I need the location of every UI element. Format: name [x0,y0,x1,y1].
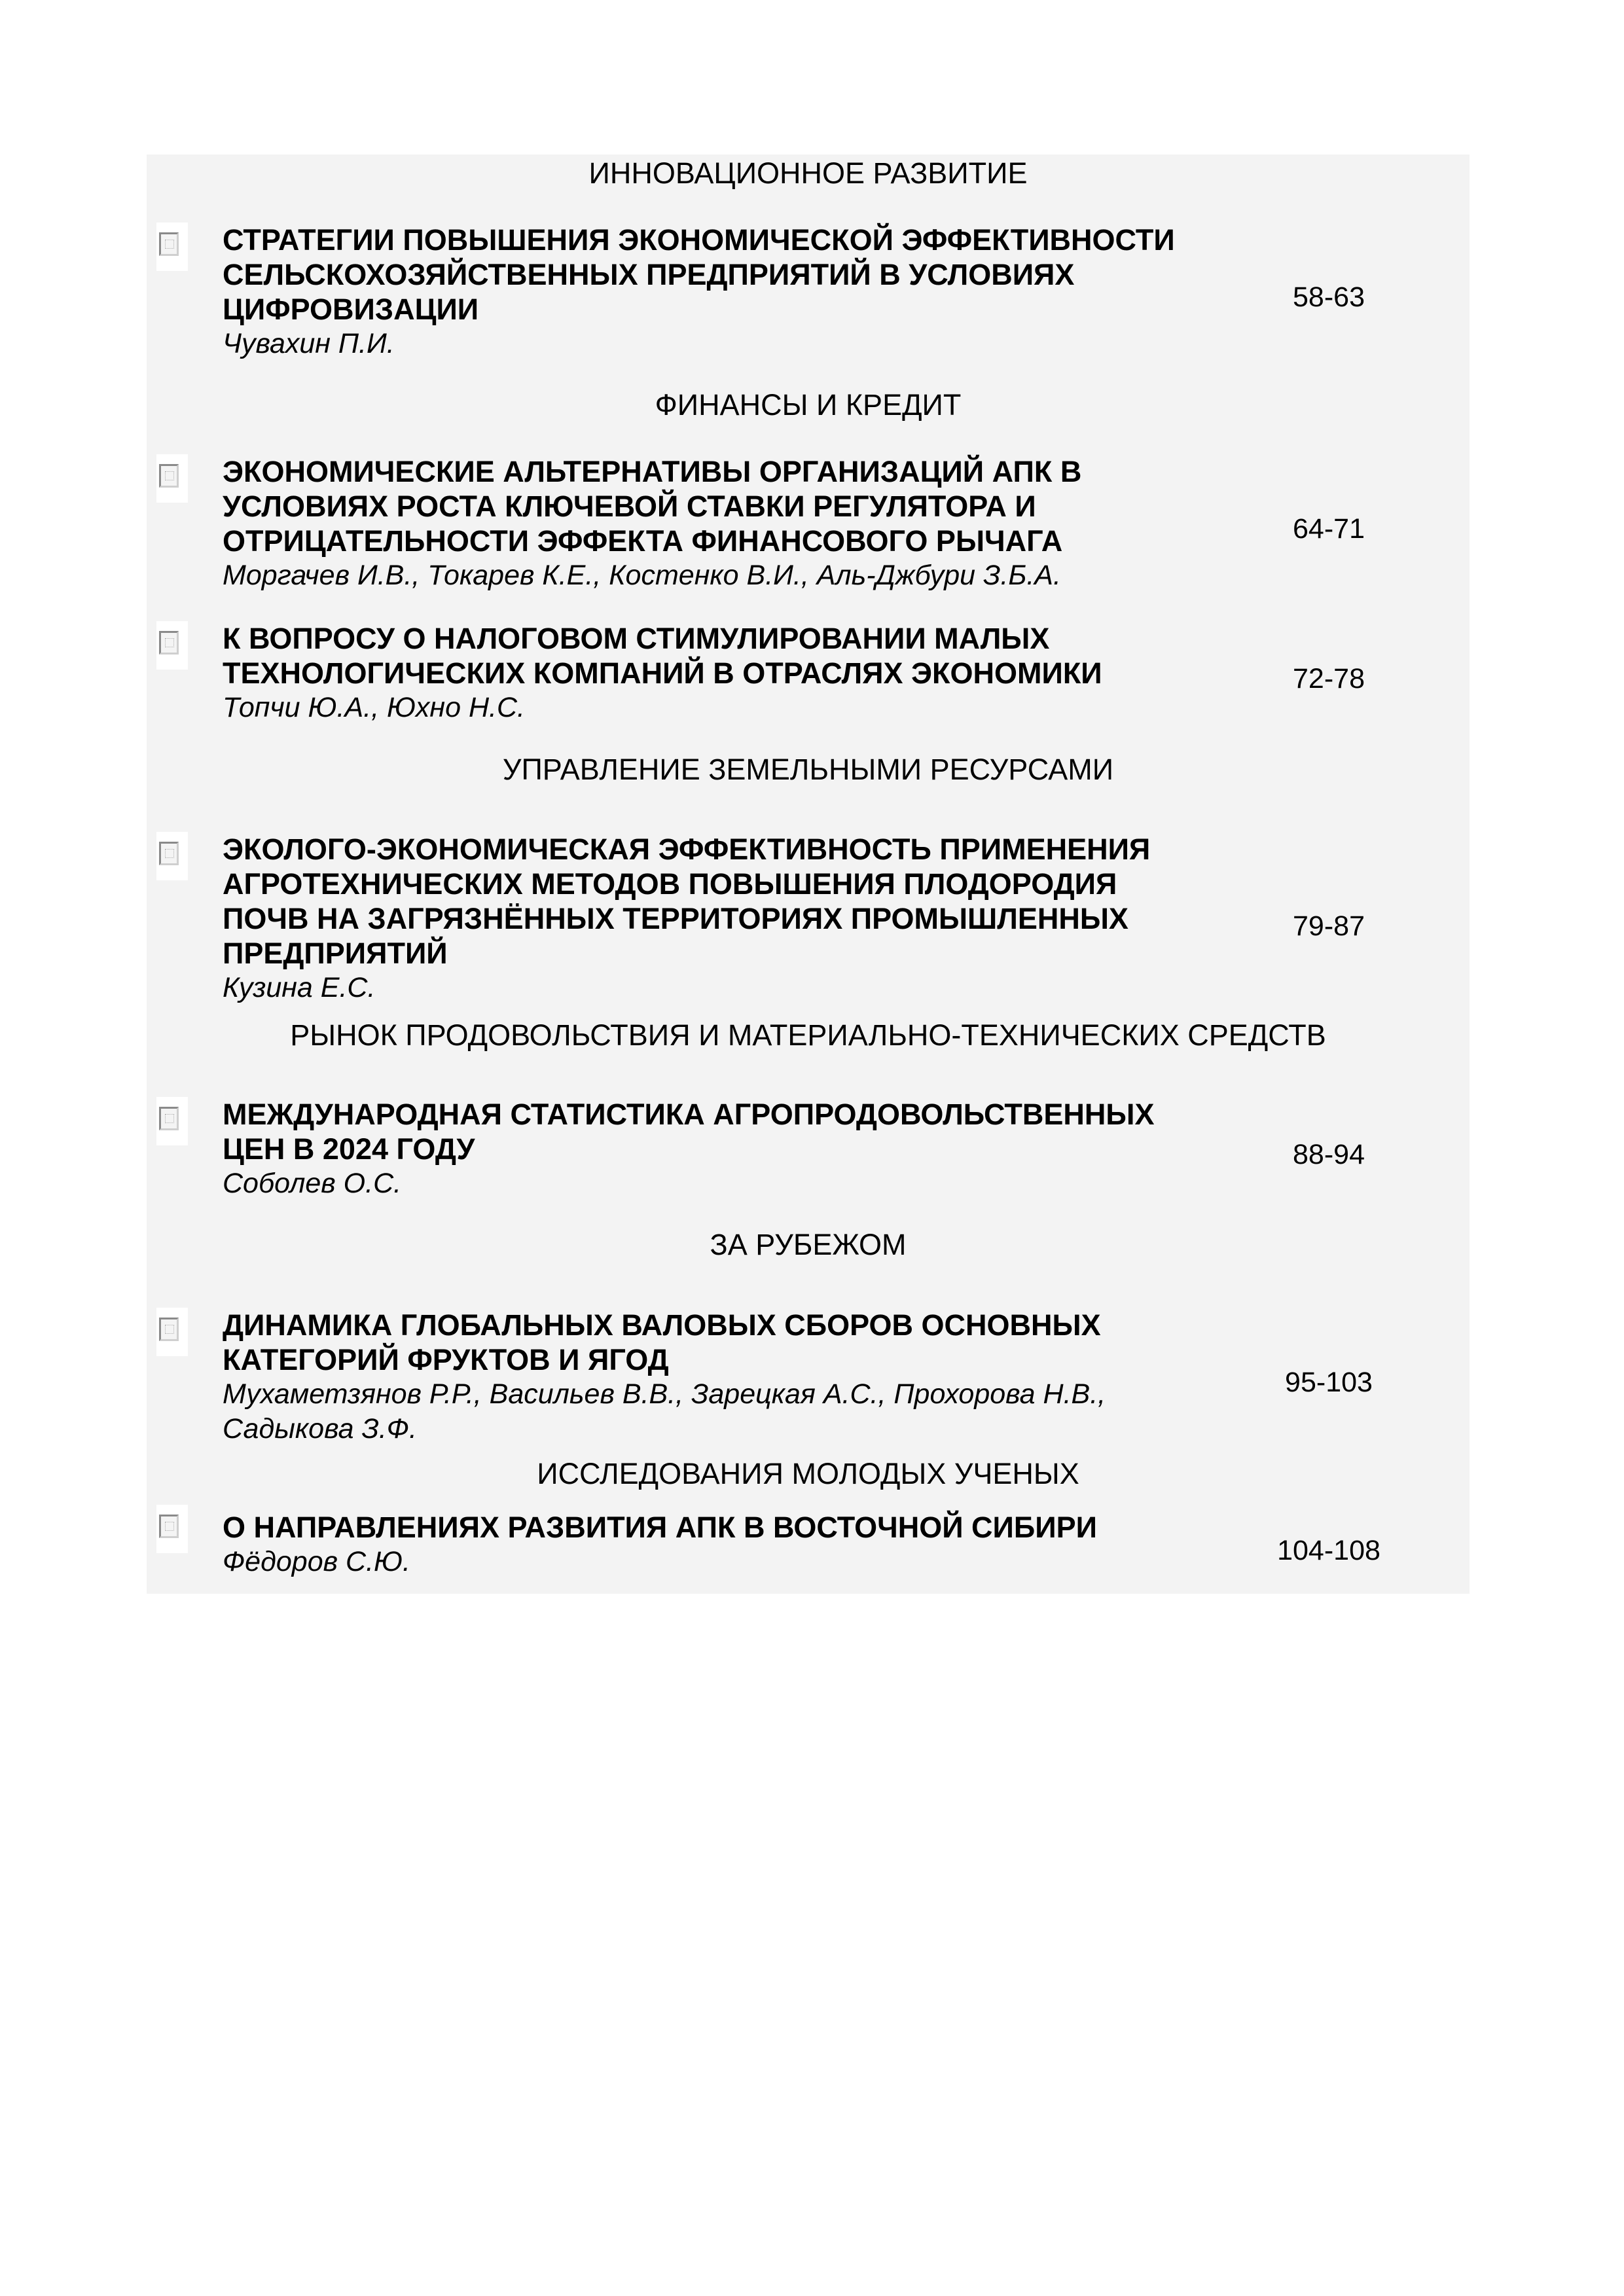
article-authors: Фёдоров С.Ю. [223,1545,1270,1579]
article-pages: 95-103 [1263,1365,1394,1399]
section-heading-finance: ФИНАНСЫ И КРЕДИТ [147,388,1470,422]
section-heading-food-market: РЫНОК ПРОДОВОЛЬСТВИЯ И МАТЕРИАЛЬНО-ТЕХНИ… [147,1018,1470,1052]
article-authors: Чувахин П.И. [223,327,1270,361]
broken-image-icon [156,1308,188,1356]
article-pages: 88-94 [1263,1138,1394,1172]
article-title-link[interactable]: ЭКОНОМИЧЕСКИЕ АЛЬТЕРНАТИВЫ ОРГАНИЗАЦИЙ А… [223,454,1257,558]
article-title-link[interactable]: СТРАТЕГИИ ПОВЫШЕНИЯ ЭКОНОМИЧЕСКОЙ ЭФФЕКТ… [223,223,1257,327]
article-pages: 79-87 [1263,909,1394,943]
broken-image-icon [156,1505,188,1553]
article-authors: Мухаметзянов Р.Р., Васильев В.В., Зарецк… [223,1377,1270,1446]
section-heading-innovation: ИННОВАЦИОННОЕ РАЗВИТИЕ [147,156,1470,190]
broken-image-icon [156,621,188,670]
article-title-link[interactable]: О НАПРАВЛЕНИЯХ РАЗВИТИЯ АПК В ВОСТОЧНОЙ … [223,1510,1257,1545]
article-title-link[interactable]: К ВОПРОСУ О НАЛОГОВОМ СТИМУЛИРОВАНИИ МАЛ… [223,621,1257,691]
article-authors: Моргачев И.В., Токарев К.Е., Костенко В.… [223,558,1270,593]
broken-image-icon [156,1097,188,1145]
article-authors: Кузина Е.С. [223,971,1270,1005]
article-pages: 58-63 [1263,280,1394,314]
broken-image-icon [156,832,188,880]
article-pages: 64-71 [1263,512,1394,546]
article-pages: 104-108 [1263,1534,1394,1568]
article-title-link[interactable]: ЭКОЛОГО-ЭКОНОМИЧЕСКАЯ ЭФФЕКТИВНОСТЬ ПРИМ… [223,832,1257,971]
broken-image-icon [156,223,188,271]
article-pages: 72-78 [1263,662,1394,696]
article-title-link[interactable]: МЕЖДУНАРОДНАЯ СТАТИСТИКА АГРОПРОДОВОЛЬСТ… [223,1097,1257,1166]
article-title-link[interactable]: ДИНАМИКА ГЛОБАЛЬНЫХ ВАЛОВЫХ СБОРОВ ОСНОВ… [223,1308,1257,1377]
broken-image-icon [156,454,188,503]
section-heading-land-management: УПРАВЛЕНИЕ ЗЕМЕЛЬНЫМИ РЕСУРСАМИ [147,753,1470,787]
article-authors: Топчи Ю.А., Юхно Н.С. [223,691,1270,725]
article-authors: Соболев О.С. [223,1166,1270,1201]
section-heading-young-scientists: ИССЛЕДОВАНИЯ МОЛОДЫХ УЧЕНЫХ [147,1457,1470,1491]
table-of-contents: ИННОВАЦИОННОЕ РАЗВИТИЕ СТРАТЕГИИ ПОВЫШЕН… [147,154,1470,1594]
section-heading-abroad: ЗА РУБЕЖОМ [147,1228,1470,1262]
